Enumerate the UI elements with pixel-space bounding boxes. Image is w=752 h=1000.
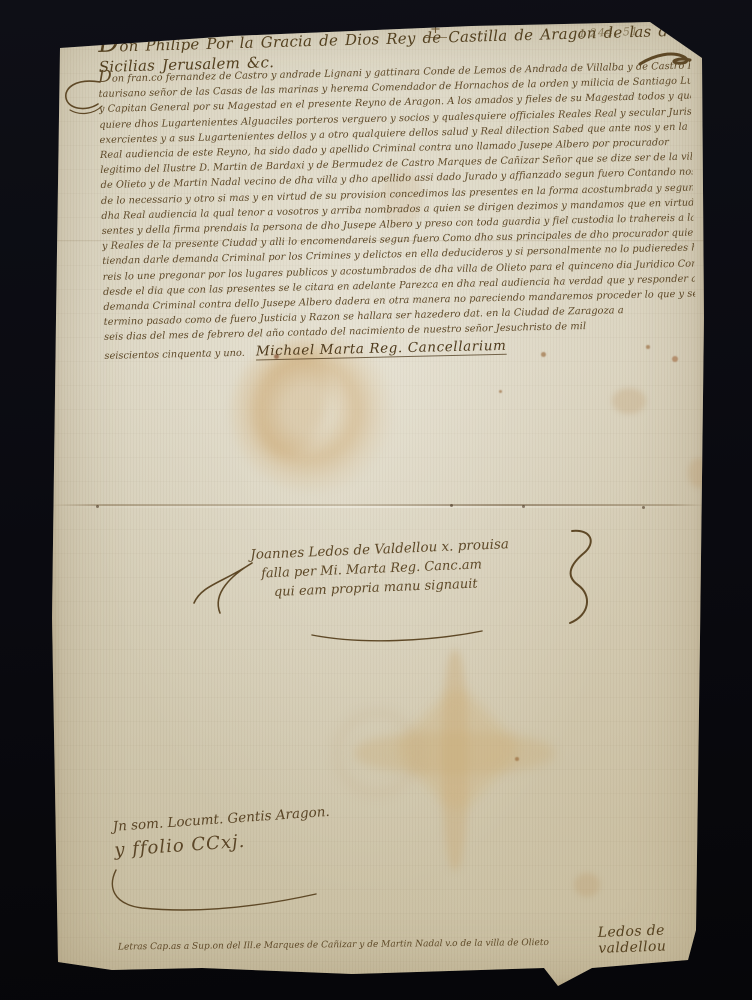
chancellor-signature: Michael Marta Reg. Cancellarium [256, 337, 507, 359]
crease-speck [96, 505, 99, 508]
crease-speck [642, 506, 645, 509]
fold-crease-main [52, 504, 704, 506]
letter-body: Don fran.co fernandez de Castro y andrad… [98, 57, 697, 366]
docket-signature: Ledos de valdellou [597, 921, 704, 957]
faint-stain [574, 873, 600, 897]
ink-speck [499, 390, 502, 393]
crease-speck [522, 505, 525, 508]
faint-stain [612, 388, 646, 414]
manuscript-page: + I 244, 51 Don Philipe Por la Gracia de… [52, 18, 704, 986]
ink-speck [672, 356, 678, 362]
docket-summary: Letras Cap.as a Sup.on del Ill.e Marques… [118, 937, 598, 952]
watermark-ring [332, 708, 422, 798]
faint-stain [688, 458, 710, 488]
registration-flourish [102, 864, 322, 914]
registration-block: Jn som. Locumt. Gentis Aragon. y ffolio … [112, 801, 332, 864]
closing-date-text: seiscientos cinquenta y uno. [104, 347, 245, 361]
photograph-background: { "annotations": { "cross_mark": "+", "a… [0, 0, 752, 1000]
ink-speck [515, 757, 519, 761]
verso-cross-stain [324, 650, 584, 870]
crease-speck [450, 504, 453, 507]
